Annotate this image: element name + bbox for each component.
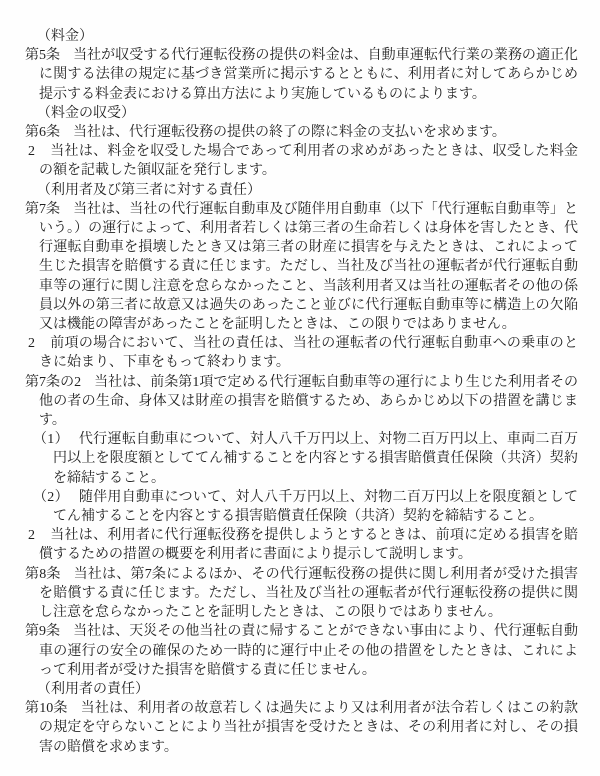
list-item-number: （2） — [33, 490, 69, 505]
article-number: 第7条の2 — [25, 375, 81, 390]
article-8: 第8条当社は、第7条によるほか、その代行運転役務の提供に関し利用者が受けた損害を… — [25, 565, 578, 623]
sub-paragraph-text: 前項の場合において、当社の責任は、当社の運転者の代行運転自動車への乗車のときに始… — [39, 336, 578, 370]
article-text: 当社は、天災その他当社の責に帰することができない事由により、代行運転自動車の運行… — [39, 624, 578, 677]
list-item-2: （2）随伴用自動車について、対人八千万円以上、対物二百万円以上を限度額としててん… — [25, 488, 578, 526]
document-page: （料金） 第5条当社が収受する代行運転役務の提供の料金は、自動車運転代行業の業務… — [0, 0, 600, 776]
section-label: （料金） — [25, 27, 578, 46]
section-label: （利用者の責任） — [25, 680, 578, 699]
article-number: 第7条 — [25, 202, 60, 217]
article-number: 第6条 — [25, 125, 60, 140]
article-text: 当社は、利用者の故意若しくは過失により又は利用者が法令若しくはこの約款の規定を守… — [39, 701, 578, 754]
section-label: （利用者及び第三者に対する責任） — [25, 181, 578, 200]
section-label-text: （料金） — [37, 29, 93, 44]
article-number: 第8条 — [25, 567, 61, 582]
article-7: 第7条当社は、当社の代行運転自動車及び随伴用自動車（以下「代行運転自動車等」とい… — [25, 200, 578, 334]
sub-paragraph-number: 2 — [28, 144, 35, 159]
sub-paragraph: 2当社は、利用者に代行運転役務を提供しようとするときは、前項に定める損害を賠償す… — [25, 526, 578, 564]
article-text: 当社は、代行運転役務の提供の終了の際に料金の支払いを求めます。 — [73, 125, 506, 140]
list-item-text: 代行運転自動車について、対人八千万円以上、対物二百万円以上、車両二百万円以上を限… — [53, 432, 578, 485]
section-label: （料金の収受） — [25, 104, 578, 123]
article-text: 当社は、第7条によるほか、その代行運転役務の提供に関し利用者が受けた損害を賠償す… — [39, 567, 578, 620]
article-5: 第5条当社が収受する代行運転役務の提供の料金は、自動車運転代行業の業務の適正化に… — [25, 46, 578, 104]
sub-paragraph: 2前項の場合において、当社の責任は、当社の運転者の代行運転自動車への乗車のときに… — [25, 334, 578, 372]
section-label-text: （料金の収受） — [37, 106, 135, 121]
article-10: 第10条当社は、利用者の故意若しくは過失により又は利用者が法令若しくはこの約款の… — [25, 699, 578, 757]
sub-paragraph-number: 2 — [28, 528, 35, 543]
sub-paragraph-text: 当社は、利用者に代行運転役務を提供しようとするときは、前項に定める損害を賠償する… — [39, 528, 578, 562]
article-text: 当社は、当社の代行運転自動車及び随伴用自動車（以下「代行運転自動車等」という。）… — [39, 202, 578, 332]
section-label-text: （利用者及び第三者に対する責任） — [37, 183, 261, 198]
article-9: 第9条当社は、天災その他当社の責に帰することができない事由により、代行運転自動車… — [25, 622, 578, 680]
article-text: 当社が収受する代行運転役務の提供の料金は、自動車運転代行業の業務の適正化に関する… — [39, 48, 578, 101]
article-number: 第5条 — [25, 48, 60, 63]
sub-paragraph-text: 当社は、料金を収受した場合であって利用者の求めがあったときは、収受した料金の額を… — [39, 144, 578, 178]
list-item-text: 随伴用自動車について、対人八千万円以上、対物二百万円以上を限度額としててん補する… — [53, 490, 578, 524]
article-text: 当社は、前条第1項で定める代行運転自動車等の運行により生じた利用者その他の者の生… — [39, 375, 578, 428]
sub-paragraph-number: 2 — [28, 336, 35, 351]
sub-paragraph: 2当社は、料金を収受した場合であって利用者の求めがあったときは、収受した料金の額… — [25, 142, 578, 180]
section-label-text: （利用者の責任） — [37, 682, 149, 697]
article-6: 第6条当社は、代行運転役務の提供の終了の際に料金の支払いを求めます。 — [25, 123, 578, 142]
article-7-2: 第7条の2当社は、前条第1項で定める代行運転自動車等の運行により生じた利用者その… — [25, 373, 578, 431]
article-number: 第10条 — [25, 701, 68, 716]
article-number: 第9条 — [25, 624, 60, 639]
list-item-1: （1）代行運転自動車について、対人八千万円以上、対物二百万円以上、車両二百万円以… — [25, 430, 578, 488]
list-item-number: （1） — [33, 432, 69, 447]
